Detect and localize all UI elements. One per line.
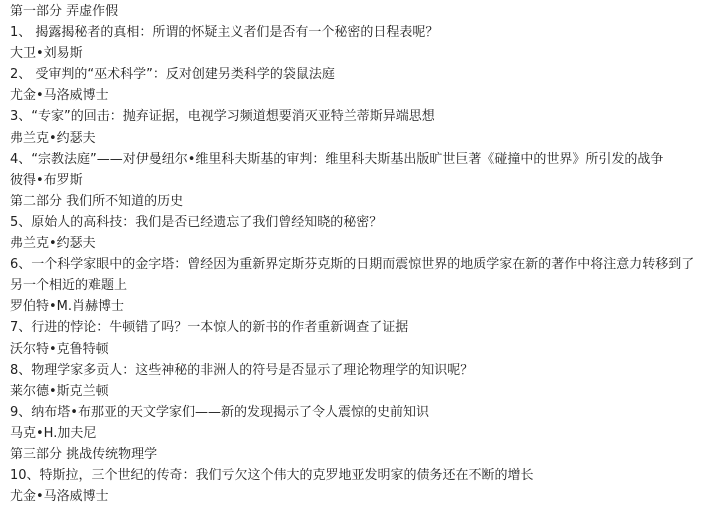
- part-title: 第三部分 挑战传统物理学: [10, 444, 705, 465]
- chapter-title: 4、“宗教法庭”——对伊曼纽尔•维里科夫斯基的审判：维里科夫斯基出版旷世巨著《碰…: [10, 149, 705, 170]
- part-title: 第一部分 弄虚作假: [10, 1, 705, 22]
- chapter-author: 莱尔德•斯克兰顿: [10, 381, 705, 402]
- table-of-contents: 第一部分 弄虚作假 1、 揭露揭秘者的真相：所谓的怀疑主义者们是否有一个秘密的日…: [0, 0, 705, 507]
- chapter-author: 弗兰克•约瑟夫: [10, 233, 705, 254]
- chapter-title: 3、“专家”的回击：抛弃证据，电视学习频道想要消灭亚特兰蒂斯异端思想: [10, 106, 705, 127]
- chapter-author: 大卫•刘易斯: [10, 43, 705, 64]
- chapter-title: 7、行进的悖论：牛顿错了吗？一本惊人的新书的作者重新调查了证据: [10, 317, 705, 338]
- part-title: 第二部分 我们所不知道的历史: [10, 191, 705, 212]
- chapter-title: 5、原始人的高科技：我们是否已经遗忘了我们曾经知晓的秘密？: [10, 212, 705, 233]
- chapter-title: 2、 受审判的“巫术科学”：反对创建另类科学的袋鼠法庭: [10, 64, 705, 85]
- chapter-author: 沃尔特•克鲁特顿: [10, 339, 705, 360]
- chapter-title: 6、一个科学家眼中的金字塔：曾经因为重新界定斯芬克斯的日期而震惊世界的地质学家在…: [10, 254, 700, 296]
- chapter-author: 弗兰克•约瑟夫: [10, 128, 705, 149]
- chapter-title: 1、 揭露揭秘者的真相：所谓的怀疑主义者们是否有一个秘密的日程表呢？: [10, 22, 705, 43]
- chapter-title: 10、特斯拉，三个世纪的传奇：我们亏欠这个伟大的克罗地亚发明家的债务还在不断的增…: [10, 465, 705, 486]
- chapter-title: 9、纳布塔•布那亚的天文学家们——新的发现揭示了令人震惊的史前知识: [10, 402, 705, 423]
- chapter-author: 彼得•布罗斯: [10, 170, 705, 191]
- chapter-title: 8、物理学家多贡人：这些神秘的非洲人的符号是否显示了理论物理学的知识呢？: [10, 360, 705, 381]
- chapter-author: 尤金•马洛威博士: [10, 85, 705, 106]
- chapter-author: 罗伯特•M.肖赫博士: [10, 296, 705, 317]
- chapter-author: 尤金•马洛威博士: [10, 486, 705, 507]
- chapter-author: 马克•H.加夫尼: [10, 423, 705, 444]
